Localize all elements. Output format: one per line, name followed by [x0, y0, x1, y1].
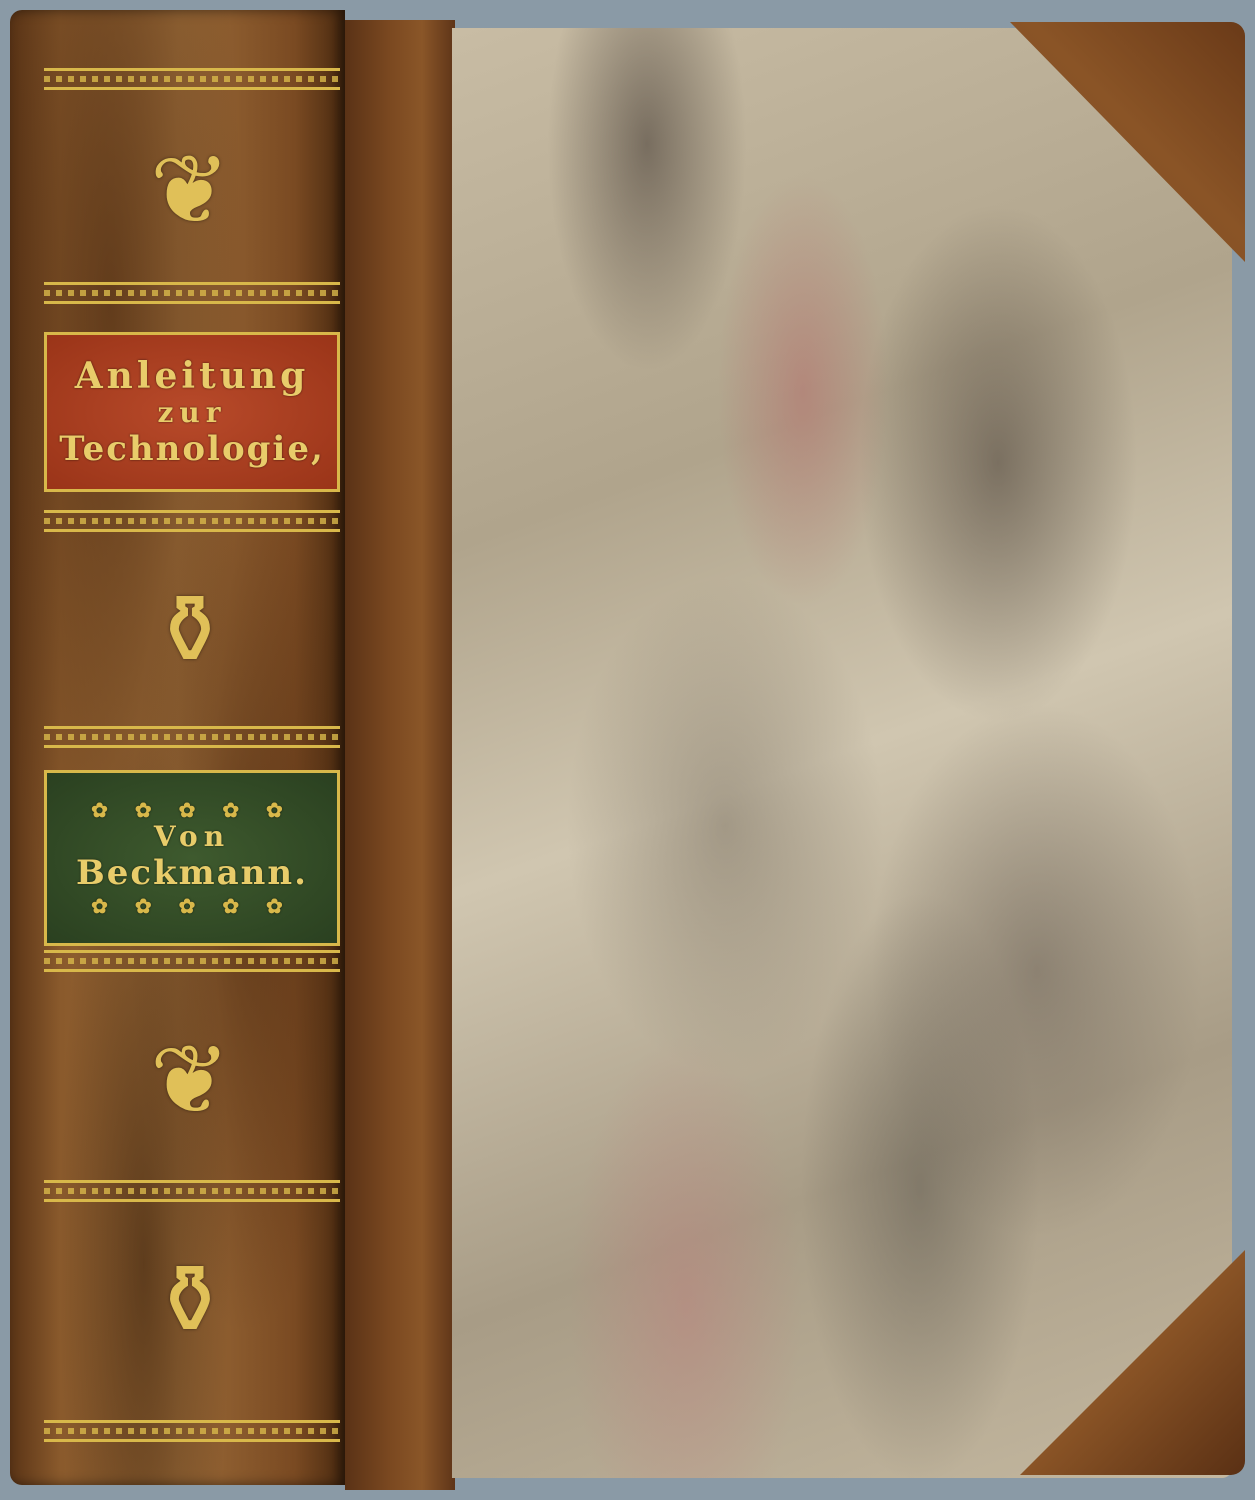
gilt-band [44, 282, 340, 304]
urn-ornament-icon: ⚱ [120, 1240, 260, 1360]
antique-book: ❦ Anleitung zur Technologie, ⚱ ✿ ✿ ✿ ✿ ✿… [0, 10, 1245, 1490]
gilt-band [44, 726, 340, 748]
author-label: ✿ ✿ ✿ ✿ ✿ Von Beckmann. ✿ ✿ ✿ ✿ ✿ [44, 770, 340, 946]
floral-border-icon: ✿ ✿ ✿ ✿ ✿ [91, 798, 293, 822]
fleuron-ornament-icon: ❦ [120, 130, 260, 250]
marbled-cover-board [452, 28, 1232, 1478]
gilt-band [44, 950, 340, 972]
floral-border-icon: ✿ ✿ ✿ ✿ ✿ [91, 894, 293, 918]
urn-ornament-icon: ⚱ [120, 570, 260, 690]
gilt-band [44, 510, 340, 532]
title-label: Anleitung zur Technologie, [44, 332, 340, 492]
book-spine: ❦ Anleitung zur Technologie, ⚱ ✿ ✿ ✿ ✿ ✿… [10, 10, 345, 1485]
gilt-band [44, 1180, 340, 1202]
title-line-2: zur [157, 398, 226, 429]
fleuron-ornament-icon: ❦ [120, 1020, 260, 1140]
title-line-1: Anleitung [75, 355, 310, 398]
title-line-3: Technologie, [59, 429, 325, 470]
author-line-2: Beckmann. [76, 853, 308, 894]
gilt-band-top [44, 68, 340, 90]
gilt-band-bottom [44, 1420, 340, 1442]
leather-hinge [345, 20, 455, 1490]
author-line-1: Von [154, 822, 230, 853]
